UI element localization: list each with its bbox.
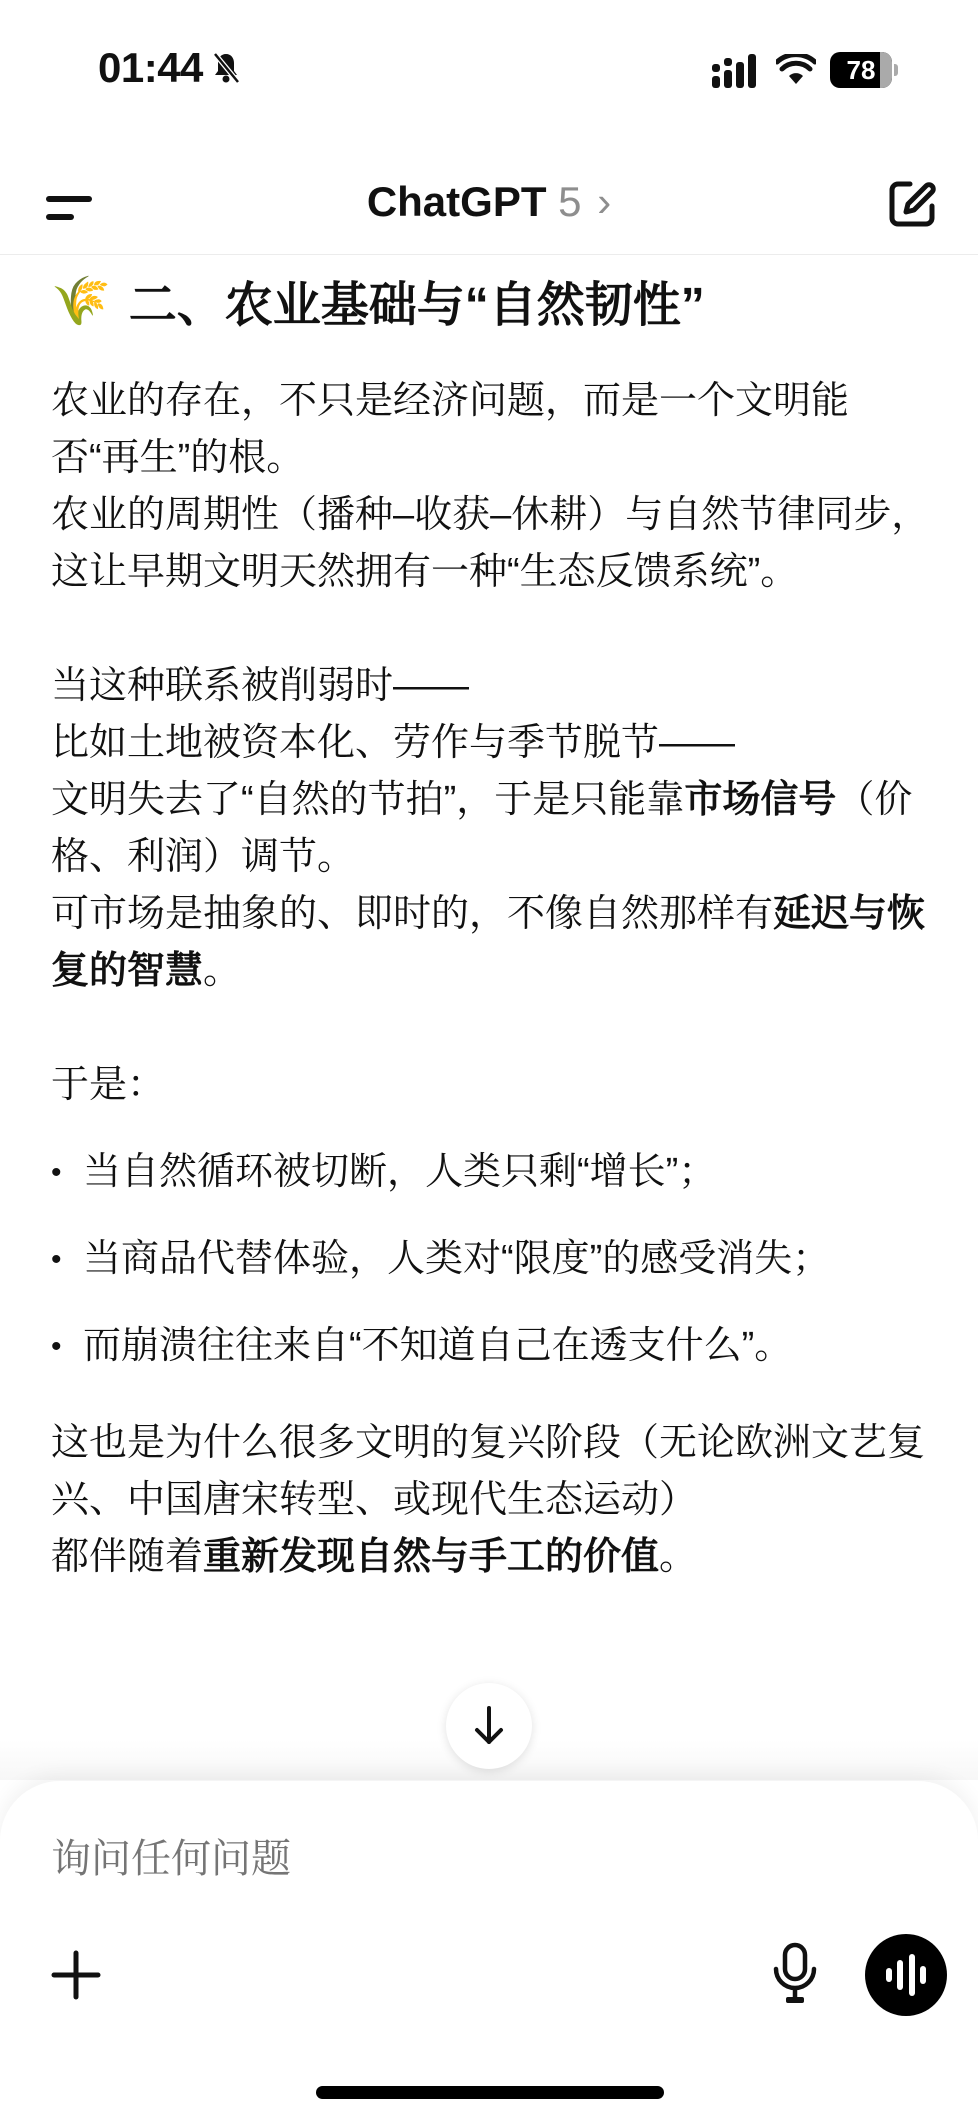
text-line: 比如土地被资本化、劳作与季节脱节——: [51, 715, 931, 772]
heading-text: 二、农业基础与“自然韧性”: [129, 266, 705, 335]
attach-button[interactable]: [50, 1949, 102, 2001]
text-span: 。: [203, 950, 241, 992]
list-item: 当自然循环被切断，人类只剩“增长”；: [51, 1144, 931, 1201]
list-item: 而崩溃往往来自“不知道自己在透支什么”。: [51, 1318, 931, 1375]
app-header: ChatGPT 5 ›: [0, 160, 978, 255]
home-indicator[interactable]: [316, 2086, 664, 2099]
text-line: 都伴随着重新发现自然与手工的价值。: [51, 1529, 931, 1586]
scroll-to-bottom-button[interactable]: [446, 1683, 532, 1769]
microphone-icon: [770, 1941, 820, 2007]
assistant-message: 🌾 二、农业基础与“自然韧性” 农业的存在，不只是经济问题，而是一个文明能否“再…: [51, 255, 931, 1586]
text-line: 农业的周期性（播种–收获–休耕）与自然节律同步，: [51, 487, 931, 544]
plus-icon: [50, 1949, 102, 2001]
battery-icon: 78: [830, 52, 892, 88]
bold-text: 市场信号: [684, 779, 836, 821]
edit-icon: [886, 178, 938, 230]
bold-text: 重新发现自然与手工的价值: [203, 1536, 659, 1578]
composer: [0, 1781, 978, 2120]
text-line: 可市场是抽象的、即时的，不像自然那样有延迟与恢复的智慧。: [51, 886, 931, 1000]
battery-percent: 78: [847, 55, 876, 86]
paragraph-4: 这也是为什么很多文明的复兴阶段（无论欧洲文艺复兴、中国唐宋转型、或现代生态运动）…: [51, 1415, 931, 1586]
chevron-right-icon: ›: [597, 178, 611, 225]
voice-mode-icon: [883, 1952, 929, 1998]
arrow-down-icon: [469, 1704, 509, 1748]
paragraph-2: 当这种联系被削弱时—— 比如土地被资本化、劳作与季节脱节—— 文明失去了“自然的…: [51, 658, 931, 1000]
status-indicators: 78: [712, 52, 898, 88]
text-span: 都伴随着: [51, 1536, 203, 1578]
text-span: 文明失去了“自然的节拍”，于是只能靠: [51, 779, 684, 821]
text-line: 文明失去了“自然的节拍”，于是只能靠市场信号（价格、利润）调节。: [51, 772, 931, 886]
text-line: 农业的存在，不只是经济问题，而是一个文明能否“再生”的根。: [51, 373, 931, 487]
new-chat-button[interactable]: [886, 178, 938, 230]
paragraph-3: 于是：: [51, 1057, 931, 1114]
paragraph-1: 农业的存在，不只是经济问题，而是一个文明能否“再生”的根。 农业的周期性（播种–…: [51, 373, 931, 601]
clock: 01:44: [98, 44, 203, 92]
status-time: 01:44: [98, 44, 241, 92]
text-line: 这也是为什么很多文明的复兴阶段（无论欧洲文艺复兴、中国唐宋转型、或现代生态运动）: [51, 1415, 931, 1529]
model-selector[interactable]: ChatGPT 5 ›: [0, 178, 978, 226]
voice-mode-button[interactable]: [865, 1934, 947, 2016]
text-span: 。: [659, 1536, 697, 1578]
app-title: ChatGPT: [367, 178, 547, 225]
model-version: 5: [558, 178, 581, 225]
rice-icon: 🌾: [51, 272, 111, 329]
list-item: 当商品代替体验，人类对“限度”的感受消失；: [51, 1231, 931, 1288]
message-input[interactable]: [51, 1837, 751, 1882]
wifi-icon: [776, 54, 816, 86]
battery-indicator: 78: [830, 52, 898, 88]
bell-slash-icon: [211, 51, 241, 85]
bullet-list: 当自然循环被切断，人类只剩“增长”； 当商品代替体验，人类对“限度”的感受消失；…: [51, 1144, 931, 1375]
cellular-signal-icon: [712, 52, 762, 88]
dictate-button[interactable]: [770, 1941, 820, 2007]
text-line: 当这种联系被削弱时——: [51, 658, 931, 715]
section-heading: 🌾 二、农业基础与“自然韧性”: [51, 265, 931, 335]
text-span: 可市场是抽象的、即时的，不像自然那样有: [51, 893, 773, 935]
text-line: 这让早期文明天然拥有一种“生态反馈系统”。: [51, 544, 931, 601]
status-bar: 01:44 78: [0, 0, 978, 140]
